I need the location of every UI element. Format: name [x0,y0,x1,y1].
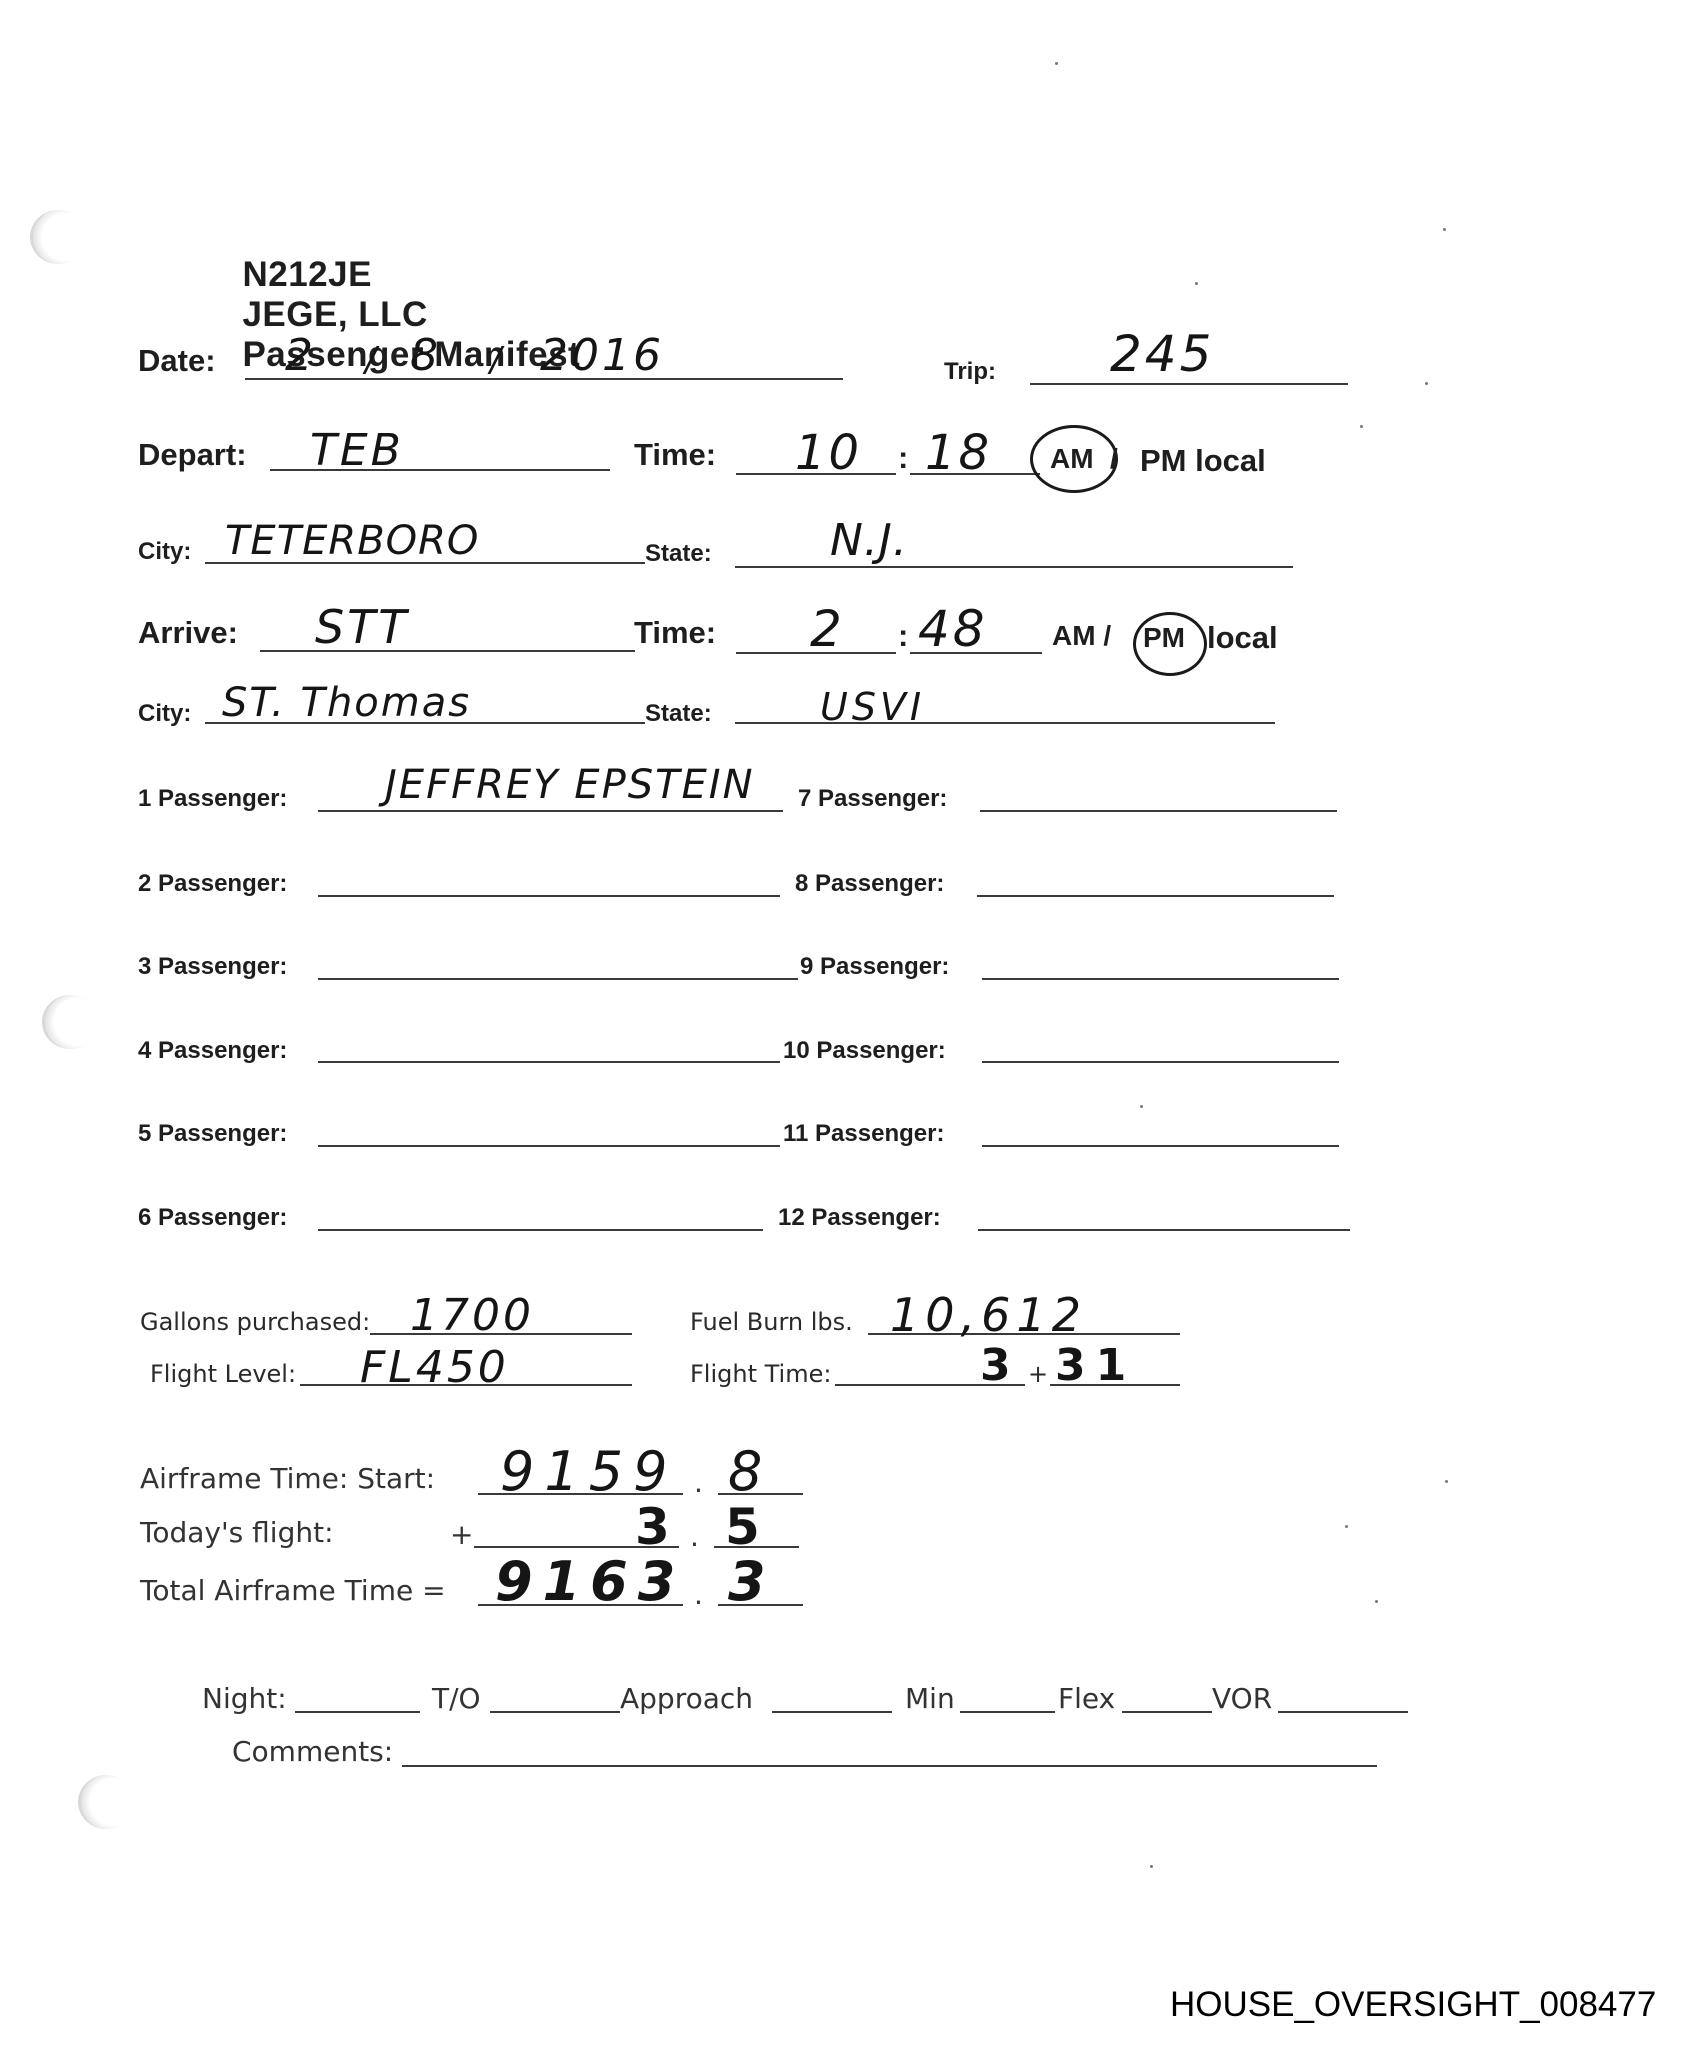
vor-label: VOR [1212,1682,1272,1715]
approach-field[interactable] [772,1711,892,1713]
fuel-burn-value[interactable]: 10,612 [890,1288,1087,1342]
approach-label: Approach [620,1682,753,1715]
airframe-start-tenths[interactable]: 8 [728,1440,765,1503]
passenger-label: 9 Passenger: [800,953,949,981]
depart-slash: / [1110,443,1118,475]
passenger-11-line[interactable] [982,1145,1339,1147]
passenger-label: 11 Passenger: [783,1120,944,1148]
passenger-label: 10 Passenger: [783,1037,946,1065]
todays-flight-decimal: . [690,1520,699,1553]
depart-pm-option[interactable]: PM local [1140,443,1266,479]
todays-flight-label: Today's flight: [140,1516,334,1549]
punch-hole-bottom [78,1775,135,1829]
passenger-label: 7 Passenger: [798,785,947,813]
passenger-5-line[interactable] [318,1145,780,1147]
total-airframe-label: Total Airframe Time = [140,1574,446,1607]
arrive-minute[interactable]: 48 [918,600,988,658]
depart-time-colon: : [898,440,908,476]
depart-state-line[interactable] [735,566,1293,568]
trip-number[interactable]: 245 [1110,325,1214,383]
arrive-label: Arrive: [138,615,238,651]
passenger-label: 5 Passenger: [138,1120,287,1148]
comments-field[interactable] [402,1765,1377,1767]
depart-minute[interactable]: 18 [925,425,992,481]
date-separator-1: / [365,340,379,380]
passenger-1-name[interactable]: JEFFREY EPSTEIN [385,762,755,808]
total-airframe-tenths[interactable]: 3 [728,1550,769,1613]
scan-speck [1140,1105,1143,1108]
gallons-purchased-value[interactable]: 1700 [410,1290,534,1341]
depart-time-label: Time: [634,437,716,473]
min-field[interactable] [960,1711,1055,1713]
date-month[interactable]: 2 [285,330,316,381]
flex-field[interactable] [1122,1711,1212,1713]
form-header: N212JE JEGE, LLC Passenger Manifest [222,215,580,375]
flight-level-value[interactable]: FL450 [360,1342,509,1393]
passenger-3-line[interactable] [318,978,798,980]
passenger-10-line[interactable] [982,1061,1339,1063]
passenger-label: 4 Passenger: [138,1037,287,1065]
airframe-start-label: Airframe Time: Start: [140,1462,435,1495]
arrive-am-option[interactable]: AM / [1052,620,1111,652]
passenger-1-line[interactable] [318,810,783,812]
passenger-4-line[interactable] [318,1061,780,1063]
scan-speck [1360,425,1363,428]
arrive-state-line[interactable] [735,722,1275,724]
company-name: JEGE, LLC [242,295,427,334]
passenger-2-line[interactable] [318,895,780,897]
todays-flight-whole[interactable]: 3 [635,1498,673,1556]
scan-speck [1055,62,1058,65]
arrive-state[interactable]: USVI [820,685,925,729]
airframe-start-whole[interactable]: 9159 [500,1440,677,1503]
passenger-8-line[interactable] [977,895,1334,897]
arrive-hour[interactable]: 2 [810,600,845,658]
tail-number: N212JE [242,255,371,294]
depart-label: Depart: [138,437,247,473]
arrive-city[interactable]: ST. Thomas [222,680,471,726]
punch-hole-top [30,210,87,264]
comments-label: Comments: [232,1735,393,1768]
passenger-label: 6 Passenger: [138,1204,287,1232]
vor-field[interactable] [1278,1711,1408,1713]
passenger-label: 8 Passenger: [795,870,944,898]
date-day[interactable]: 8 [410,330,441,381]
total-airframe-decimal: . [694,1578,703,1611]
passenger-label: 2 Passenger: [138,870,287,898]
passenger-label: 3 Passenger: [138,953,287,981]
todays-flight-tenths[interactable]: 5 [725,1498,763,1556]
passenger-7-line[interactable] [980,810,1337,812]
arrive-time-label: Time: [634,615,716,651]
bates-number: HOUSE_OVERSIGHT_008477 [1170,1985,1656,2025]
flight-time-separator: + [1028,1360,1048,1388]
scan-speck [1375,1600,1378,1603]
date-year[interactable]: 2016 [540,330,664,381]
scan-speck [1425,382,1428,385]
depart-hour[interactable]: 10 [795,425,862,481]
scan-speck [1445,1480,1448,1483]
passenger-label: 1 Passenger: [138,785,287,813]
total-airframe-whole[interactable]: 9163 [495,1550,685,1613]
flight-time-label: Flight Time: [690,1360,831,1388]
date-separator-2: / [490,340,504,380]
night-label: Night: [202,1682,287,1715]
date-label: Date: [138,343,216,379]
trip-field-line[interactable] [1030,383,1348,385]
depart-state[interactable]: N.J. [830,515,908,566]
passenger-6-line[interactable] [318,1229,763,1231]
takeoff-field[interactable] [490,1711,620,1713]
passenger-9-line[interactable] [982,978,1339,980]
scan-speck [1150,1865,1153,1868]
gallons-purchased-label: Gallons purchased: [140,1308,370,1336]
arrive-city-label: City: [138,700,191,728]
depart-city-label: City: [138,538,191,566]
depart-airport-code[interactable]: TEB [310,425,404,476]
punch-hole-middle [42,995,99,1049]
arrive-pm-option[interactable]: PM [1143,622,1185,654]
flight-time-minutes[interactable]: 31 [1055,1340,1136,1391]
arrive-local-label: local [1207,620,1278,656]
scan-speck [1443,228,1446,231]
min-label: Min [905,1682,955,1715]
fuel-burn-label: Fuel Burn lbs. [690,1308,853,1336]
airframe-start-decimal: . [694,1466,703,1499]
todays-flight-plus: + [450,1518,473,1551]
takeoff-label: T/O [432,1682,481,1715]
night-field[interactable] [295,1711,420,1713]
arrive-airport-code[interactable]: STT [315,600,409,654]
flex-label: Flex [1058,1682,1115,1715]
passenger-12-line[interactable] [978,1229,1350,1231]
arrive-time-colon: : [898,618,908,654]
passenger-label: 12 Passenger: [778,1204,941,1232]
arrive-state-label: State: [645,700,712,728]
scan-speck [1195,282,1198,285]
flight-time-hours[interactable]: 3 [980,1340,1014,1391]
flight-level-label: Flight Level: [150,1360,296,1388]
depart-state-label: State: [645,540,712,568]
depart-city[interactable]: TETERBORO [225,518,479,564]
depart-am-option[interactable]: AM [1050,443,1094,475]
trip-label: Trip: [944,358,996,386]
scan-speck [1345,1525,1348,1528]
